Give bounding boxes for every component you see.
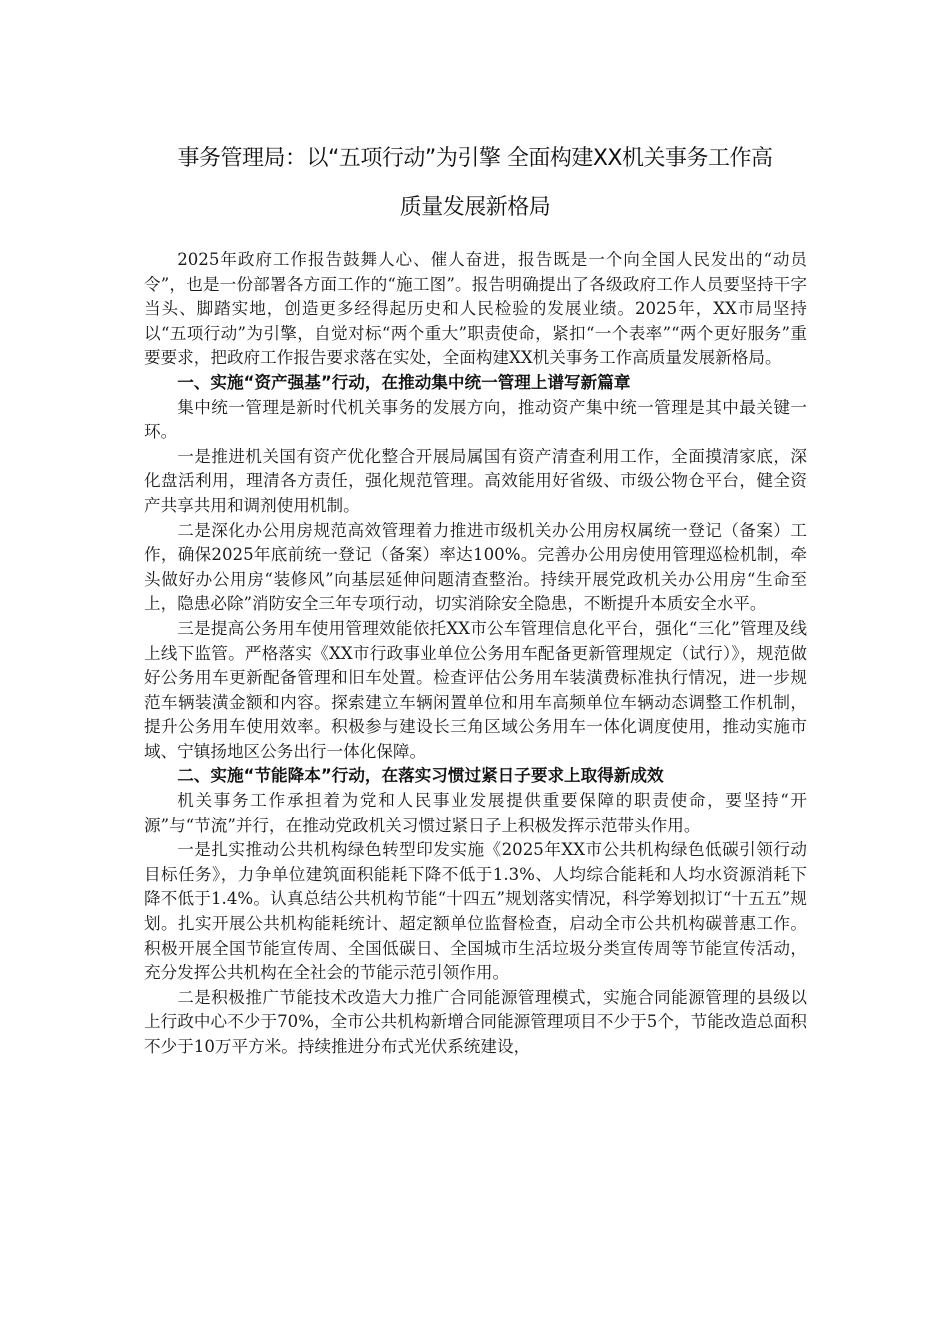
paragraph: 二是深化办公用房规范高效管理着力推进市级机关办公用房权属统一登记（备案）工作，确… xyxy=(144,519,807,617)
paragraph: 三是提高公务用车使用管理效能依托XX市公车管理信息化平台，强化“三化”管理及线上… xyxy=(144,617,807,765)
title-line-2: 质量发展新格局 xyxy=(120,183,830,232)
paragraph: 一是推进机关国有资产优化整合开展局属国有资产清查利用工作，全面摸清家底，深化盘活… xyxy=(144,445,807,519)
document-title: 事务管理局：以“五项行动”为引擎 全面构建XX机关事务工作高 质量发展新格局 xyxy=(120,134,830,232)
paragraph: 一是扎实推动公共机构绿色转型印发实施《2025年XX市公共机构绿色低碳引领行动目… xyxy=(144,838,807,986)
paragraph: 机关事务工作承担着为党和人民事业发展提供重要保障的职责使命，要坚持“开源”与“节… xyxy=(144,789,807,838)
document-page: 事务管理局：以“五项行动”为引擎 全面构建XX机关事务工作高 质量发展新格局 2… xyxy=(0,0,950,1344)
paragraph: 二是积极推广节能技术改造大力推广合同能源管理模式，实施合同能源管理的县级以上行政… xyxy=(144,986,807,1060)
document-body: 2025年政府工作报告鼓舞人心、催人奋进，报告既是一个向全国人民发出的“动员令”… xyxy=(144,248,807,1060)
section-heading-1: 一、实施“资产强基”行动，在推动集中统一管理上谱写新篇章 xyxy=(144,371,807,396)
paragraph-intro: 2025年政府工作报告鼓舞人心、催人奋进，报告既是一个向全国人民发出的“动员令”… xyxy=(144,248,807,371)
section-heading-2: 二、实施“节能降本”行动，在落实习惯过紧日子要求上取得新成效 xyxy=(144,764,807,789)
title-line-1: 事务管理局：以“五项行动”为引擎 全面构建XX机关事务工作高 xyxy=(120,134,830,183)
paragraph: 集中统一管理是新时代机关事务的发展方向，推动资产集中统一管理是其中最关键一环。 xyxy=(144,396,807,445)
